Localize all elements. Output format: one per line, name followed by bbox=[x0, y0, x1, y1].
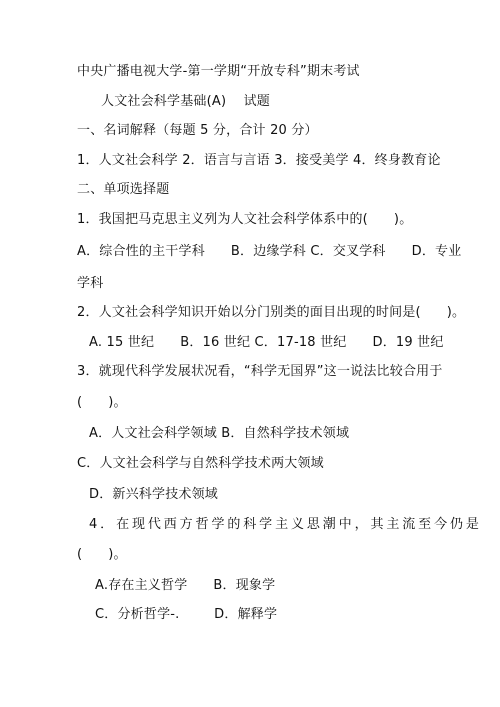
exam-title: 中央广播电视大学-第一学期“开放专科”期末考试 bbox=[77, 64, 360, 80]
q1-options-cont: 学科 bbox=[77, 276, 103, 292]
q1-stem: 1．我国把马克思主义列为人文社会科学体系中的( )。 bbox=[77, 212, 412, 228]
q2-options: A. 15 世纪 B．16 世纪 C．17-18 世纪 D．19 世纪 bbox=[89, 335, 444, 351]
q3-option-c: C．人文社会科学与自然科学技术两大领域 bbox=[77, 456, 324, 472]
q4-stem-cont: ( )。 bbox=[77, 547, 127, 563]
q2-stem: 2．人文社会科学知识开始以分门别类的面目出现的时间是( )。 bbox=[77, 305, 465, 321]
q3-stem-cont: ( )。 bbox=[77, 395, 127, 411]
q3-stem: 3．就现代科学发展状况看，“科学无国界”这一说法比较合用于 bbox=[77, 364, 443, 380]
exam-subtitle: 人文社会科学基础(A) 试题 bbox=[101, 94, 270, 110]
q4-stem: 4．在现代西方哲学的科学主义思潮中，其主流至今仍是 bbox=[89, 517, 482, 533]
q4-option-cd: C．分析哲学-. D．解释学 bbox=[95, 607, 277, 623]
section2-heading: 二、单项选择题 bbox=[77, 182, 169, 198]
exam-page: 中央广播电视大学-第一学期“开放专科”期末考试 人文社会科学基础(A) 试题 一… bbox=[0, 0, 500, 707]
section1-heading: 一、名词解释（每题 5 分，合计 20 分） bbox=[77, 123, 318, 139]
q1-options: A．综合性的主干学科 B．边缘学科 C．交叉学科 D．专业 bbox=[77, 244, 461, 260]
q3-option-d: D．新兴科学技术领域 bbox=[89, 487, 218, 503]
section1-items: 1．人文社会科学 2．语言与言语 3．接受美学 4．终身教育论 bbox=[77, 153, 441, 169]
q4-option-ab: A.存在主义哲学 B．现象学 bbox=[95, 578, 275, 594]
q3-option-ab: A．人文社会科学领域 B．自然科学技术领域 bbox=[89, 426, 349, 442]
